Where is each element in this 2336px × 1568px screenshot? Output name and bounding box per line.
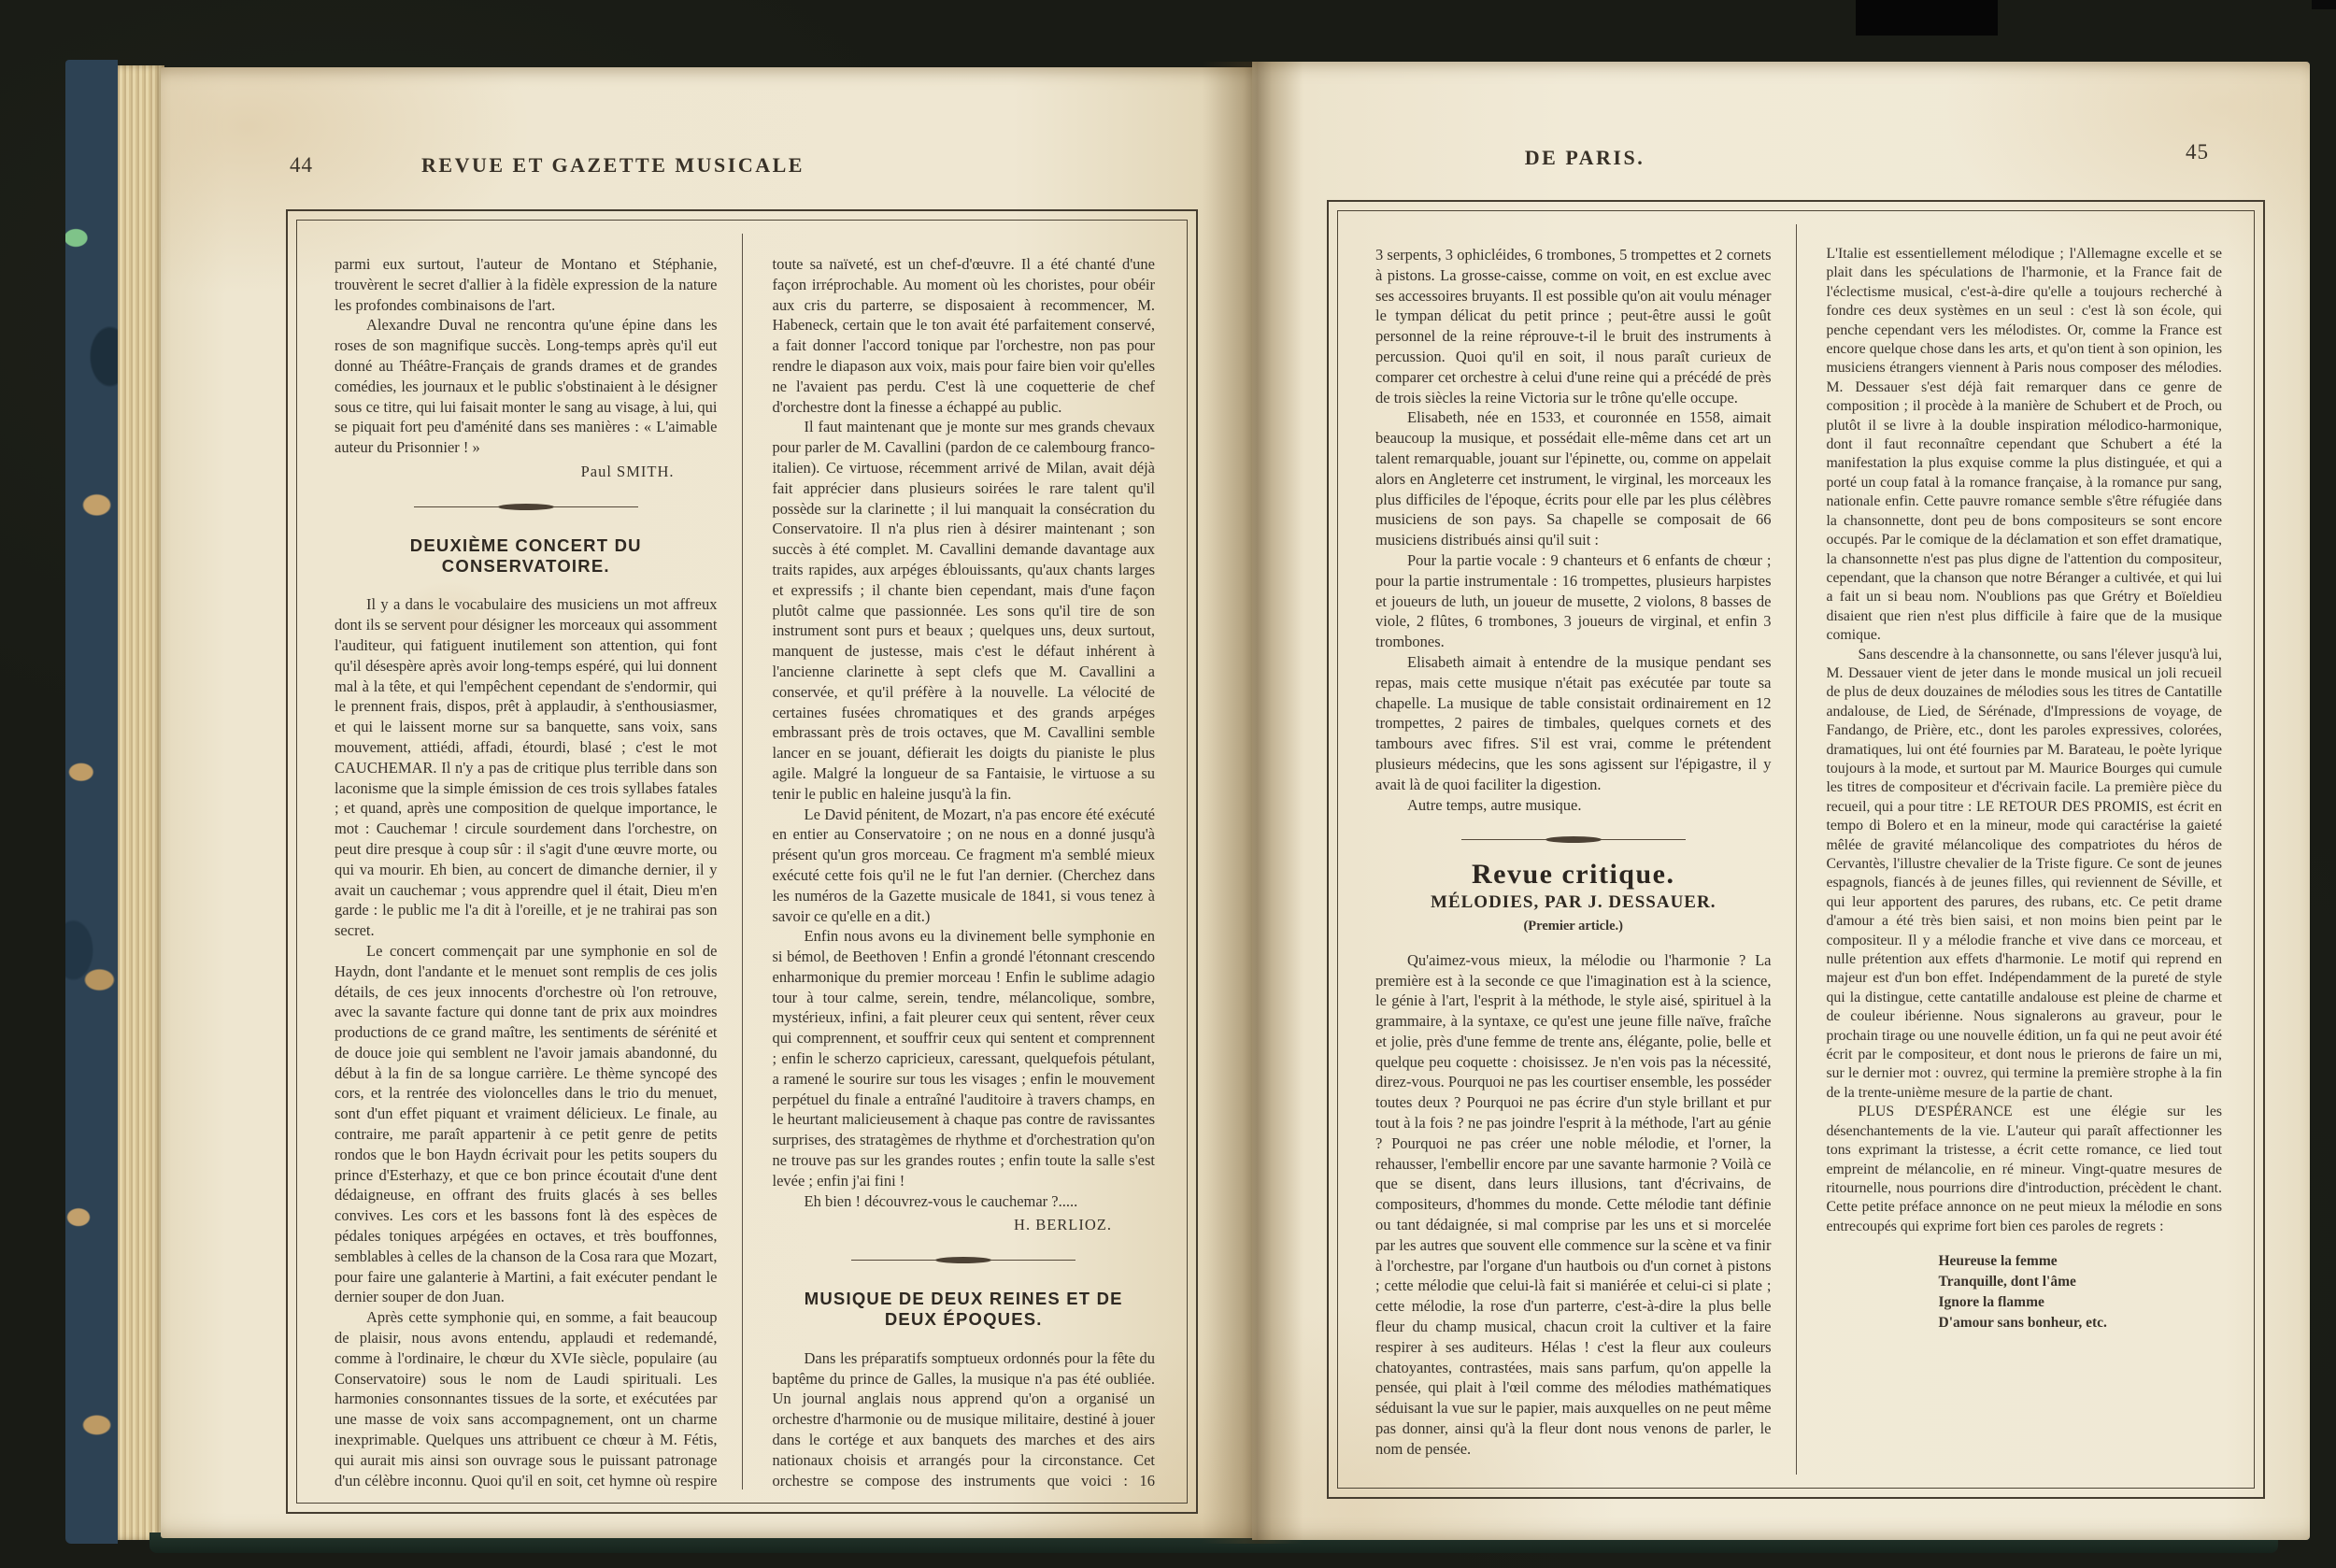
author-signature: Paul SMITH. (335, 462, 718, 482)
page-45-text-frame: 3 serpents, 3 ophicléides, 6 trombones, … (1327, 200, 2265, 1499)
paragraph: L'Italie est essentiellement mélodique ;… (1827, 245, 2223, 646)
section-divider-ornament (414, 503, 638, 511)
paragraph: Enfin nous avons eu la divinement belle … (773, 926, 1156, 1190)
scan-edge-corner (2312, 0, 2336, 9)
verse-line: Tranquille, dont l'âme (1939, 1272, 2223, 1292)
page-44-column-1: parmi eux surtout, l'auteur de Montano e… (306, 230, 740, 1493)
page-45-column-2: L'Italie est essentiellement mélodique ;… (1799, 221, 2245, 1478)
section-heading: DEUXIÈME CONCERT DU CONSERVATOIRE. (344, 535, 708, 577)
page-45: DE PARIS. 45 3 serpents, 3 ophicléides, … (1252, 62, 2310, 1540)
paragraph: Dans les préparatifs somptueux ordonnés … (773, 1348, 1156, 1493)
paragraph: Sans descendre à la chansonnette, ou san… (1827, 646, 2223, 1104)
article-subheading: MÉLODIES, PAR J. DESSAUER. (1375, 892, 1772, 913)
page-45-columns: 3 serpents, 3 ophicléides, 6 trombones, … (1347, 221, 2244, 1478)
paragraph: parmi eux surtout, l'auteur de Montano e… (335, 254, 718, 315)
page-44-inner-rule: parmi eux surtout, l'auteur de Montano e… (296, 220, 1188, 1504)
paragraph: Le David pénitent, de Mozart, n'a pas en… (773, 805, 1156, 927)
scan-edge-notch (1856, 0, 1998, 36)
page-45-running-title: DE PARIS. (1252, 146, 1917, 170)
page-44-columns: parmi eux surtout, l'auteur de Montano e… (306, 230, 1177, 1493)
paragraph: Pour la partie vocale : 9 chanteurs et 6… (1375, 550, 1772, 652)
paragraph: Autre temps, autre musique. (1375, 795, 1772, 816)
paragraph: 3 serpents, 3 ophicléides, 6 trombones, … (1375, 245, 1772, 407)
marbled-cover-left-edge (65, 60, 118, 1544)
paragraph: PLUS D'ESPÉRANCE est une élégie sur les … (1827, 1103, 2223, 1236)
page-edge-stack-left (118, 65, 164, 1540)
page-45-column-1: 3 serpents, 3 ophicléides, 6 trombones, … (1347, 221, 1794, 1478)
page-45-folio: 45 (2186, 140, 2209, 164)
page-44: 44 REVUE ET GAZETTE MUSICALE parmi eux s… (161, 67, 1252, 1538)
open-book: 44 REVUE ET GAZETTE MUSICALE parmi eux s… (65, 52, 2306, 1553)
paragraph: Elisabeth, née en 1533, et couronnée en … (1375, 407, 1772, 550)
paragraph: toute sa naïveté, est un chef-d'œuvre. I… (773, 254, 1156, 417)
page-44-running-title: REVUE ET GAZETTE MUSICALE (161, 153, 1065, 178)
paragraph: Eh bien ! découvrez-vous le cauchemar ?.… (773, 1191, 1156, 1212)
paragraph: Le concert commençait par une symphonie … (335, 941, 718, 1307)
paragraph: Il y a dans le vocabulaire des musiciens… (335, 594, 718, 941)
paragraph: Qu'aimez-vous mieux, la mélodie ou l'har… (1375, 950, 1772, 1460)
article-note: (Premier article.) (1375, 917, 1772, 937)
page-45-inner-rule: 3 serpents, 3 ophicléides, 6 trombones, … (1337, 210, 2255, 1489)
paragraph: Elisabeth aimait à entendre de la musiqu… (1375, 652, 1772, 795)
column-rule (742, 234, 743, 1490)
paragraph: Après cette symphonie qui, en somme, a f… (335, 1307, 718, 1493)
verse-line: Heureuse la femme (1939, 1251, 2223, 1272)
verse-line: D'amour sans bonheur, etc. (1939, 1313, 2223, 1333)
section-divider-ornament (851, 1256, 1075, 1264)
page-44-text-frame: parmi eux surtout, l'auteur de Montano e… (286, 209, 1198, 1514)
section-heading: MUSIQUE DE DEUX REINES ET DE DEUX ÉPOQUE… (782, 1289, 1147, 1330)
column-rule (1796, 224, 1797, 1475)
author-signature: H. BERLIOZ. (773, 1215, 1156, 1235)
verse-quote: Heureuse la femmeTranquille, dont l'âmeI… (1939, 1251, 2223, 1333)
paragraph: Il faut maintenant que je monte sur mes … (773, 417, 1156, 804)
paragraph: Alexandre Duval ne rencontra qu'une épin… (335, 315, 718, 458)
page-44-column-2: toute sa naïveté, est un chef-d'œuvre. I… (745, 230, 1178, 1493)
verse-line: Ignore la flamme (1939, 1292, 2223, 1313)
section-heading-revue-critique: Revue critique. (1375, 864, 1772, 885)
section-divider-ornament (1461, 835, 1686, 844)
